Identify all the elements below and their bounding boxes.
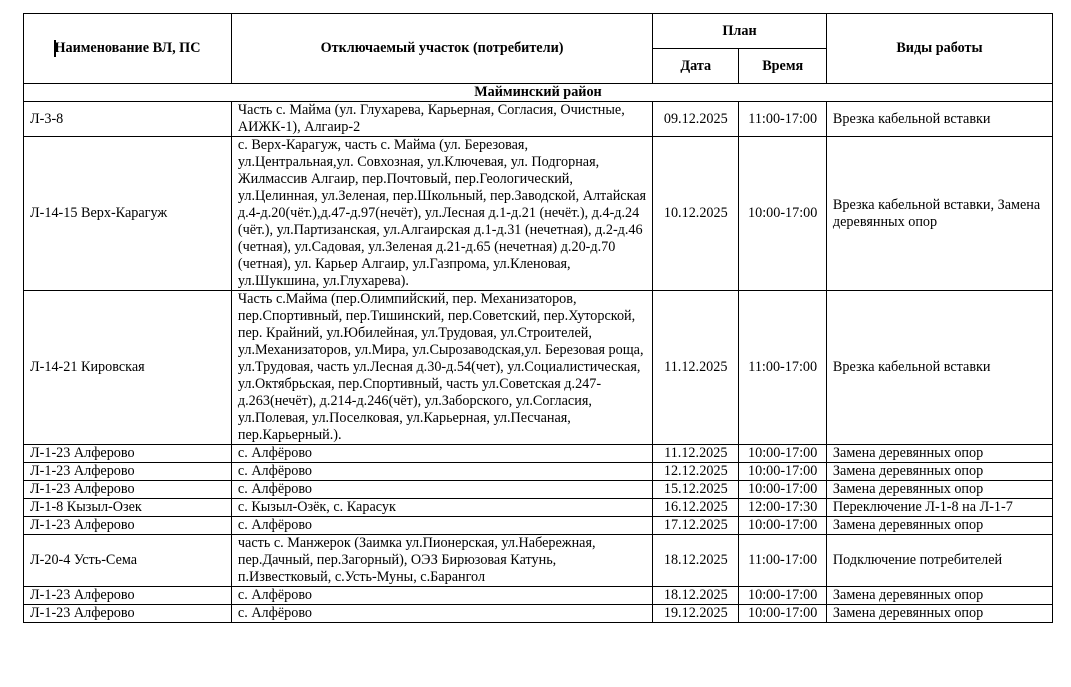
line-name-cell: Л-1-23 Алферово xyxy=(24,445,232,463)
line-name-cell: Л-1-23 Алферово xyxy=(24,587,232,605)
time-cell: 11:00-17:00 xyxy=(739,535,826,587)
date-cell: 17.12.2025 xyxy=(653,517,739,535)
area-cell: с. Алфёрово xyxy=(231,605,652,623)
header-disconnected-area: Отключаемый участок (потребители) xyxy=(231,14,652,84)
work-type-cell: Замена деревянных опор xyxy=(826,517,1052,535)
time-cell: 12:00-17:30 xyxy=(739,499,826,517)
date-cell: 12.12.2025 xyxy=(653,463,739,481)
outage-schedule-table: Наименование ВЛ, ПС Отключаемый участок … xyxy=(23,13,1053,623)
area-cell: с. Алфёрово xyxy=(231,587,652,605)
line-name-cell: Л-1-8 Кызыл-Озек xyxy=(24,499,232,517)
table-row: Л-1-23 Алферовос. Алфёрово18.12.202510:0… xyxy=(24,587,1053,605)
date-cell: 19.12.2025 xyxy=(653,605,739,623)
time-cell: 10:00-17:00 xyxy=(739,463,826,481)
date-cell: 11.12.2025 xyxy=(653,291,739,445)
work-type-cell: Врезка кабельной вставки, Замена деревян… xyxy=(826,137,1052,291)
area-cell: с. Алфёрово xyxy=(231,481,652,499)
work-type-cell: Замена деревянных опор xyxy=(826,605,1052,623)
header-work-type: Виды работы xyxy=(826,14,1052,84)
work-type-cell: Замена деревянных опор xyxy=(826,463,1052,481)
work-type-cell: Переключение Л-1-8 на Л-1-7 xyxy=(826,499,1052,517)
header-time: Время xyxy=(739,49,826,84)
area-cell: часть с. Манжерок (Заимка ул.Пионерская,… xyxy=(231,535,652,587)
table-row: Л-1-23 Алферовос. Алфёрово15.12.202510:0… xyxy=(24,481,1053,499)
header-plan: План xyxy=(653,14,827,49)
table-row: Л-14-15 Верх-Карагужс. Верх-Карагуж, час… xyxy=(24,137,1053,291)
header-date: Дата xyxy=(653,49,739,84)
date-cell: 16.12.2025 xyxy=(653,499,739,517)
table-row: Л-1-23 Алферовос. Алфёрово11.12.202510:0… xyxy=(24,445,1053,463)
district-row: Майминский район xyxy=(24,84,1053,102)
time-cell: 10:00-17:00 xyxy=(739,137,826,291)
time-cell: 10:00-17:00 xyxy=(739,517,826,535)
time-cell: 10:00-17:00 xyxy=(739,445,826,463)
line-name-cell: Л-14-21 Кировская xyxy=(24,291,232,445)
date-cell: 09.12.2025 xyxy=(653,102,739,137)
time-cell: 10:00-17:00 xyxy=(739,605,826,623)
table-row: Л-1-23 Алферовос. Алфёрово17.12.202510:0… xyxy=(24,517,1053,535)
area-cell: Часть с.Майма (пер.Олимпийский, пер. Мех… xyxy=(231,291,652,445)
date-cell: 11.12.2025 xyxy=(653,445,739,463)
line-name-cell: Л-20-4 Усть-Сема xyxy=(24,535,232,587)
date-cell: 18.12.2025 xyxy=(653,535,739,587)
work-type-cell: Врезка кабельной вставки xyxy=(826,291,1052,445)
area-cell: с. Алфёрово xyxy=(231,517,652,535)
time-cell: 11:00-17:00 xyxy=(739,291,826,445)
line-name-cell: Л-1-23 Алферово xyxy=(24,517,232,535)
date-cell: 15.12.2025 xyxy=(653,481,739,499)
line-name-cell: Л-1-23 Алферово xyxy=(24,463,232,481)
line-name-cell: Л-1-23 Алферово xyxy=(24,605,232,623)
table-row: Л-3-8Часть с. Майма (ул. Глухарева, Карь… xyxy=(24,102,1053,137)
area-cell: с. Алфёрово xyxy=(231,445,652,463)
time-cell: 11:00-17:00 xyxy=(739,102,826,137)
date-cell: 10.12.2025 xyxy=(653,137,739,291)
work-type-cell: Подключение потребителей xyxy=(826,535,1052,587)
table-row: Л-14-21 КировскаяЧасть с.Майма (пер.Олим… xyxy=(24,291,1053,445)
line-name-cell: Л-3-8 xyxy=(24,102,232,137)
table-row: Л-20-4 Усть-Семачасть с. Манжерок (Заимк… xyxy=(24,535,1053,587)
work-type-cell: Замена деревянных опор xyxy=(826,587,1052,605)
table-row: Л-1-23 Алферовос. Алфёрово19.12.202510:0… xyxy=(24,605,1053,623)
work-type-cell: Замена деревянных опор xyxy=(826,445,1052,463)
area-cell: Часть с. Майма (ул. Глухарева, Карьерная… xyxy=(231,102,652,137)
work-type-cell: Замена деревянных опор xyxy=(826,481,1052,499)
header-line-name: Наименование ВЛ, ПС xyxy=(24,14,232,84)
date-cell: 18.12.2025 xyxy=(653,587,739,605)
table-row: Л-1-23 Алферовос. Алфёрово12.12.202510:0… xyxy=(24,463,1053,481)
table-row: Л-1-8 Кызыл-Озекс. Кызыл-Озёк, с. Карасу… xyxy=(24,499,1053,517)
line-name-cell: Л-1-23 Алферово xyxy=(24,481,232,499)
line-name-cell: Л-14-15 Верх-Карагуж xyxy=(24,137,232,291)
time-cell: 10:00-17:00 xyxy=(739,587,826,605)
area-cell: с. Алфёрово xyxy=(231,463,652,481)
time-cell: 10:00-17:00 xyxy=(739,481,826,499)
work-type-cell: Врезка кабельной вставки xyxy=(826,102,1052,137)
area-cell: с. Кызыл-Озёк, с. Карасук xyxy=(231,499,652,517)
area-cell: с. Верх-Карагуж, часть с. Майма (ул. Бер… xyxy=(231,137,652,291)
